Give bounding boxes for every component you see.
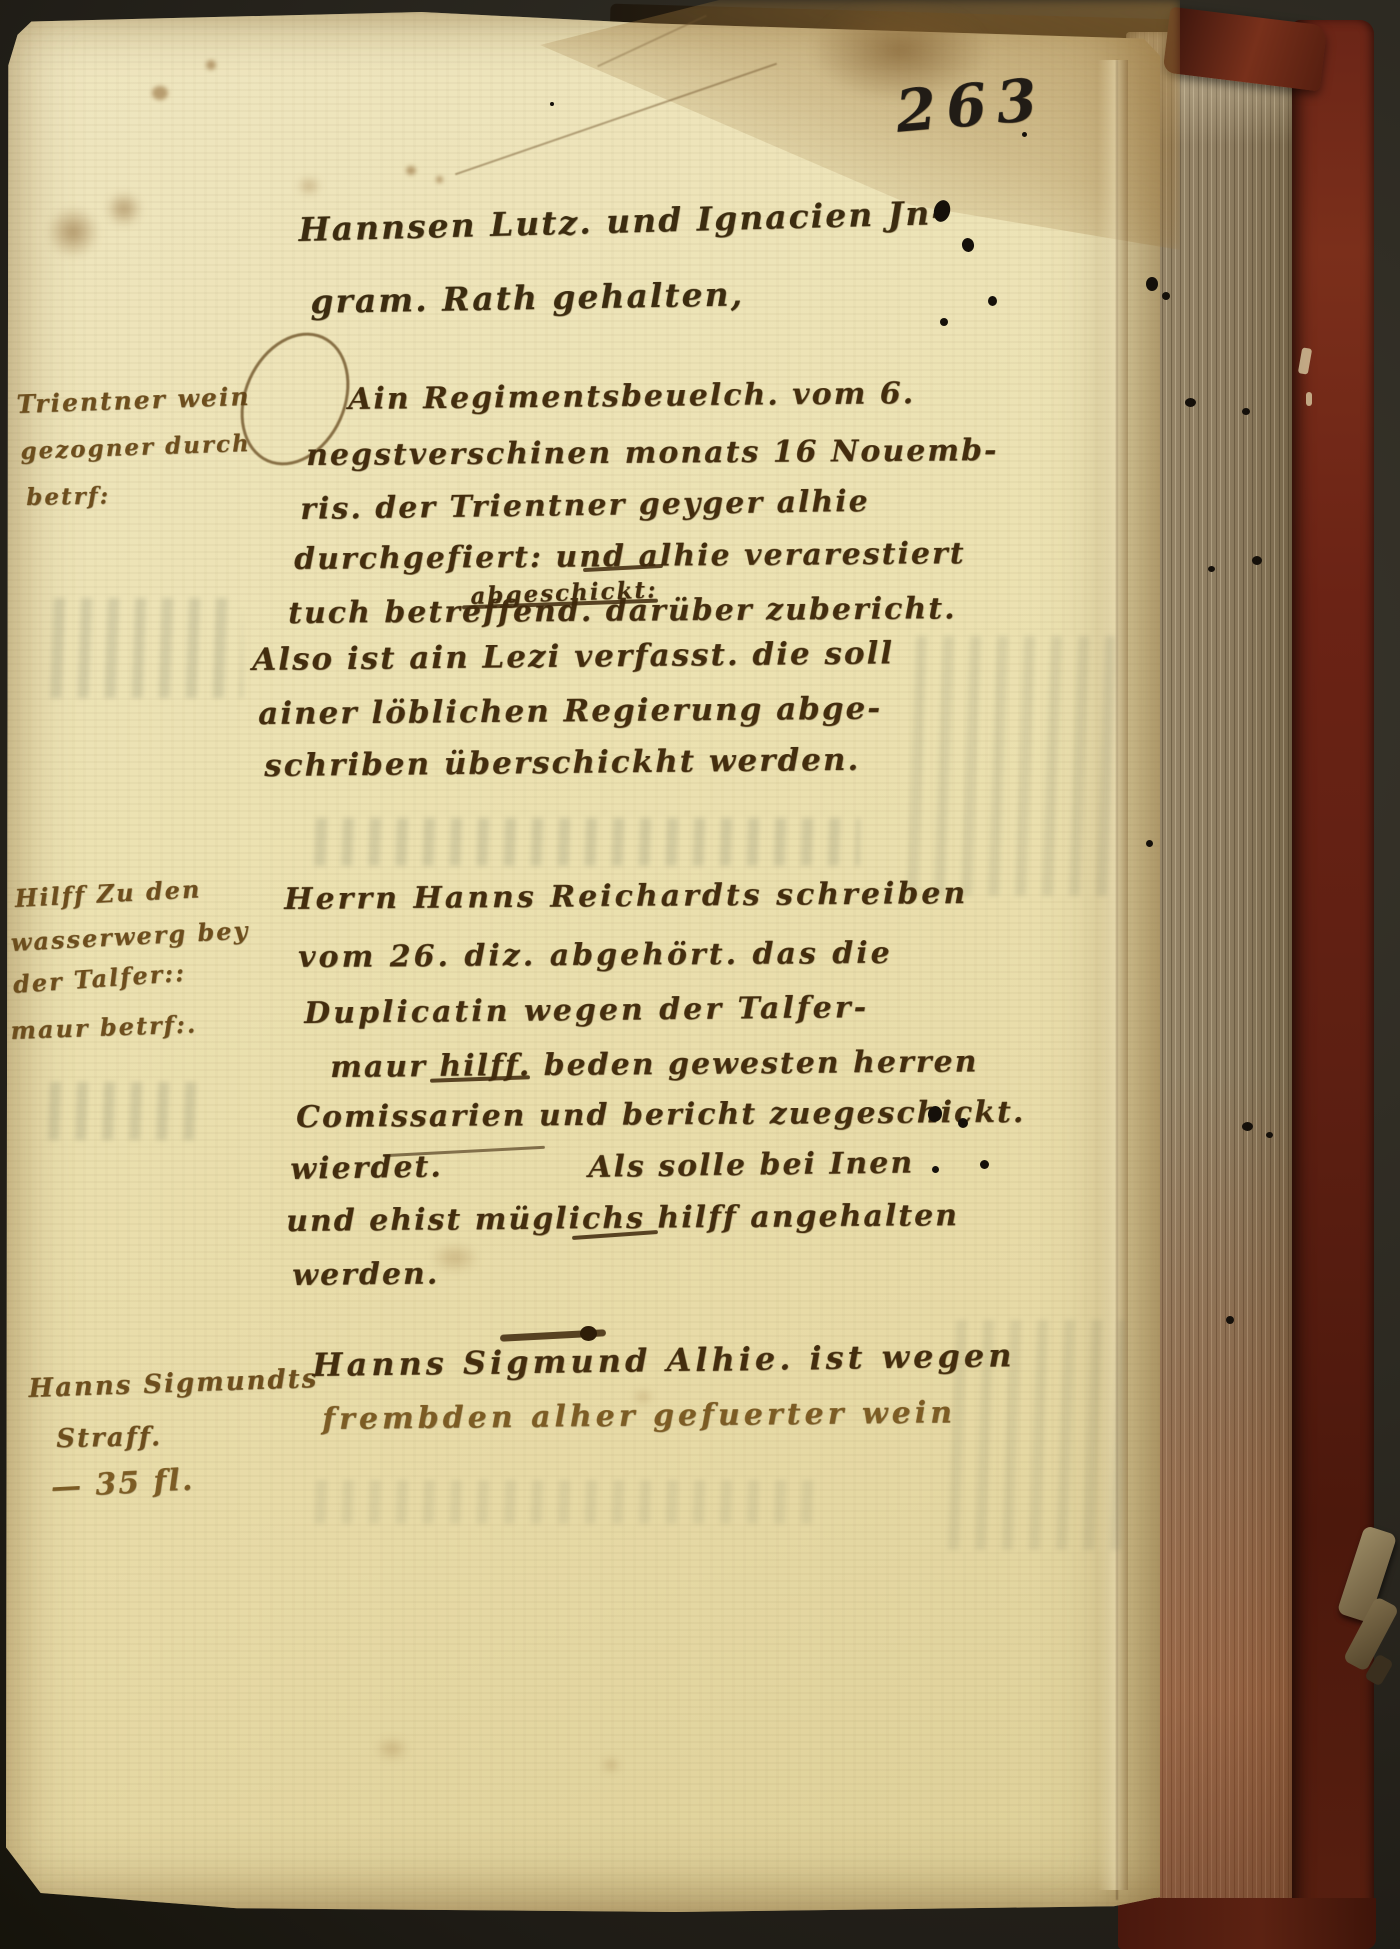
- manuscript-line: frembden alher gefuerter wein: [322, 1395, 956, 1437]
- book-clasp: [1350, 1528, 1400, 1698]
- manuscript-line: Comissarien und bericht zuegeschickt.: [296, 1095, 1025, 1135]
- manuscript-line: Also ist ain Lezi verfasst. die soll: [252, 635, 894, 678]
- ink-spot: [1185, 398, 1196, 407]
- ink-blot: [580, 1326, 597, 1341]
- ink-spot: [550, 102, 554, 106]
- manuscript-line: maur hilff. beden gewesten herren: [330, 1044, 979, 1085]
- ink-spot: [1208, 566, 1215, 572]
- ink-spot: [1242, 408, 1250, 415]
- manuscript-line: Ain Regimentsbeuelch. vom 6.: [348, 376, 915, 417]
- manuscript-line: schriben überschickht werden.: [264, 742, 860, 784]
- ink-spot: [1146, 840, 1153, 847]
- margin-note-line: Straff.: [56, 1422, 162, 1454]
- manuscript-line: werden.: [292, 1256, 439, 1293]
- margin-note-line: betrf:: [26, 483, 110, 511]
- ink-spot: [958, 1118, 968, 1128]
- ink-spot: [980, 1160, 989, 1169]
- manuscript-line: Herrn Hanns Reichardts schreiben: [284, 876, 968, 917]
- ink-spot: [1266, 1132, 1273, 1138]
- manuscript-line: tuch betreffend. darüber zubericht.: [288, 591, 957, 631]
- ink-spot: [1022, 132, 1027, 137]
- page-curl-highlight: [1098, 60, 1128, 1890]
- ink-spot: [940, 318, 948, 326]
- ink-spot: [1146, 277, 1158, 291]
- ink-spot: [1226, 1316, 1234, 1324]
- manuscript-line: ainer löblichen Regierung abge-: [258, 691, 882, 732]
- manuscript-line: Duplicatin wegen der Talfer-: [304, 990, 869, 1031]
- leather-wear-chip: [1306, 392, 1312, 406]
- ink-spot: [1242, 1122, 1253, 1131]
- ink-spot: [1252, 556, 1262, 565]
- manuscript-line: durchgefiert: und alhie verarestiert: [294, 536, 966, 577]
- stain-dot: [406, 166, 416, 175]
- heading-line: gram. Rath gehalten,: [310, 274, 744, 321]
- manuscript-line: negstverschinen monats 16 Nouemb-: [306, 433, 999, 473]
- manuscript-photo: 263 Hannsen Lutz. und Ignacien Jn- gram.…: [0, 0, 1400, 1949]
- margin-fine-amount: — 35 fl.: [50, 1462, 195, 1504]
- ink-spot: [1162, 292, 1170, 300]
- ink-spot: [932, 1166, 939, 1173]
- red-leather-cover-bottom: [1118, 1898, 1376, 1949]
- ink-spot: [988, 296, 997, 306]
- manuscript-line: vom 26. diz. abgehört. das die: [298, 936, 893, 975]
- stain-dot: [152, 86, 168, 100]
- manuscript-line: Als solle bei Inen: [588, 1145, 914, 1185]
- stain-dot: [436, 176, 443, 183]
- stain-dot: [206, 60, 216, 70]
